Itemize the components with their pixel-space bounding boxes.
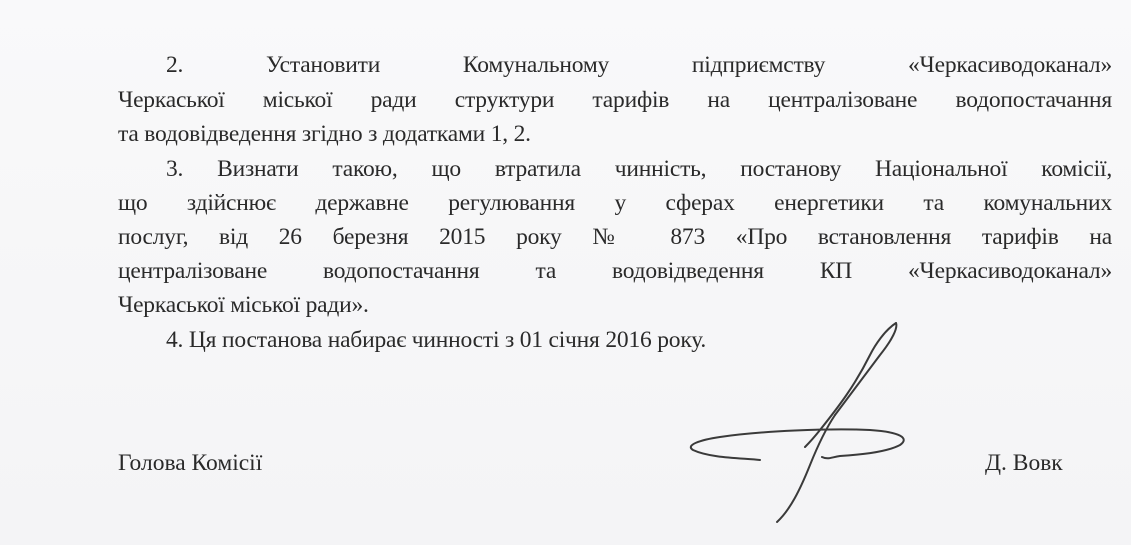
paragraph-3-line-5: Черкаської міської ради». [118,290,1112,320]
paragraph-4-line-1: 4. Ця постанова набирає чинності з 01 сі… [166,325,1131,355]
document-page: 2. Установити Комунальному підприємству … [0,0,1131,545]
handwritten-signature-icon [680,320,940,545]
paragraph-3-line-3: послуг, від 26 березня 2015 року № 873 «… [118,222,1112,252]
paragraph-2-line-2: Черкаської міської ради структури тарифі… [118,85,1112,115]
paragraph-3-line-2: що здійснює державне регулювання у сфера… [118,188,1112,218]
paragraph-3-line-4: централізоване водопостачання та водовід… [118,256,1112,286]
paragraph-2-line-3: та водовідведення згідно з додатками 1, … [118,119,1112,149]
signatory-title: Голова Комісії [118,448,262,478]
paragraph-2-line-1: 2. Установити Комунальному підприємству … [166,50,1112,80]
signatory-name: Д. Вовк [985,448,1063,478]
paragraph-3-line-1: 3. Визнати такою, що втратила чинність, … [166,154,1112,184]
